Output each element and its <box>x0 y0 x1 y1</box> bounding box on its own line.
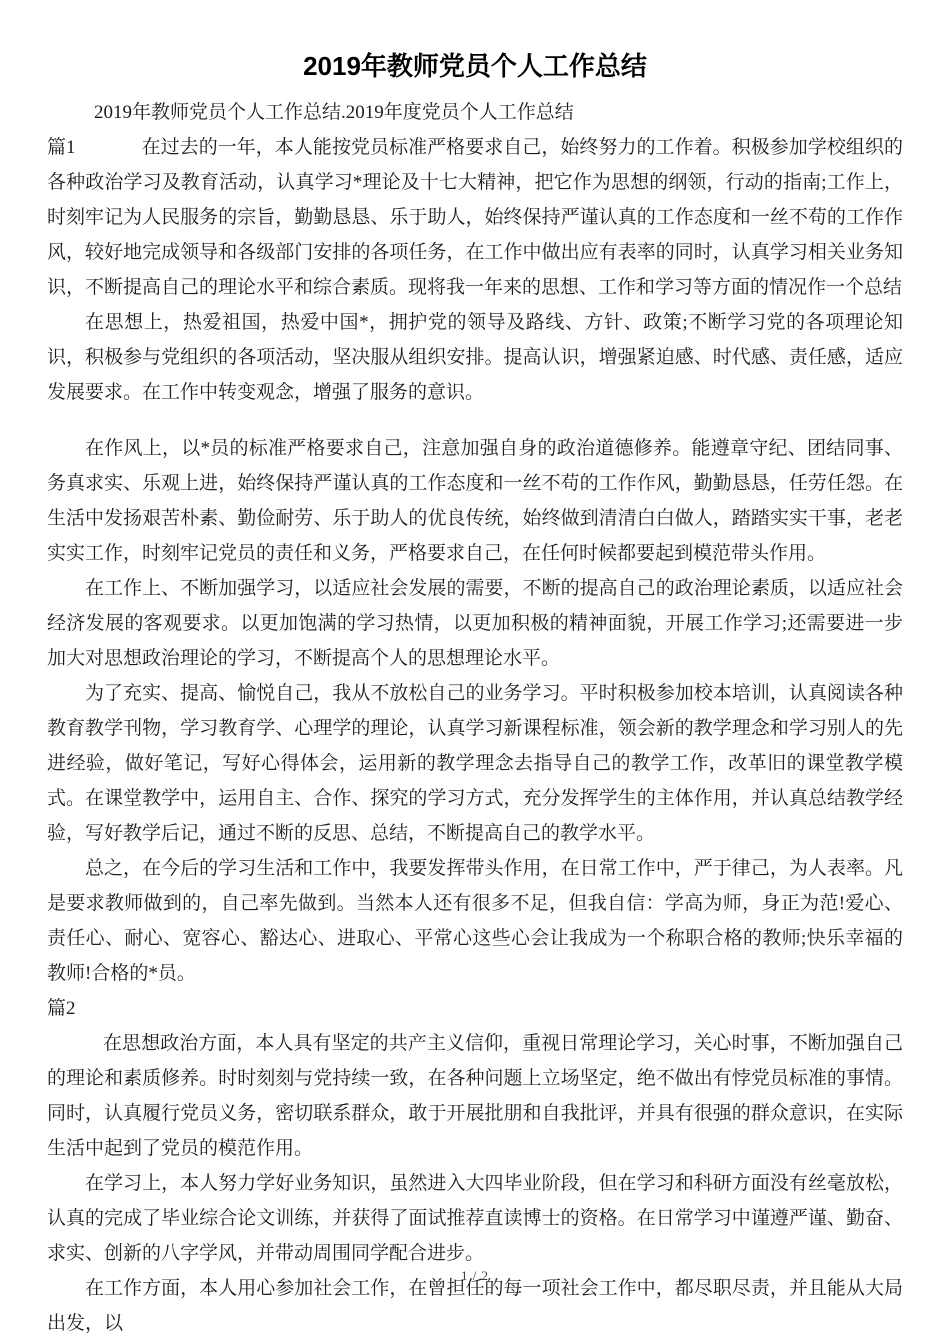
document-subtitle: 2019年教师党员个人工作总结.2019年度党员个人工作总结 <box>47 95 903 130</box>
paragraph-text: 在过去的一年，本人能按党员标准严格要求自己，始终努力的工作着。积极参加学校组织的… <box>47 137 903 298</box>
paragraph: 篇1在过去的一年，本人能按党员标准严格要求自己，始终努力的工作着。积极参加学校组… <box>47 130 903 305</box>
paragraph: 在学习上，本人努力学好业务知识，虽然进入大四毕业阶段，但在学习和科研方面没有丝毫… <box>47 1166 903 1271</box>
page-number: 1 / 2 <box>0 1268 950 1284</box>
page-title: 2019年教师党员个人工作总结 <box>47 46 903 86</box>
document-page: 2019年教师党员个人工作总结 2019年教师党员个人工作总结.2019年度党员… <box>0 0 950 1344</box>
tab-spacer <box>76 152 142 153</box>
section-label: 篇2 <box>47 991 903 1026</box>
paragraph: 在作风上，以*员的标准严格要求自己，注意加强自身的政治道德修养。能遵章守纪、团结… <box>47 431 903 571</box>
section-label: 篇1 <box>47 137 76 158</box>
paragraph: 在工作上、不断加强学习，以适应社会发展的需要，不断的提高自己的政治理论素质，以适… <box>47 571 903 676</box>
paragraph: 在思想上，热爱祖国，热爱中国*，拥护党的领导及路线、方针、政策;不断学习党的各项… <box>47 305 903 410</box>
paragraph: 为了充实、提高、愉悦自己，我从不放松自己的业务学习。平时积极参加校本培训，认真阅… <box>47 676 903 851</box>
paragraph: 在思想政治方面，本人具有坚定的共产主义信仰，重视日常理论学习，关心时事，不断加强… <box>47 1026 903 1166</box>
paragraph: 总之，在今后的学习生活和工作中，我要发挥带头作用，在日常工作中，严于律己，为人表… <box>47 851 903 991</box>
